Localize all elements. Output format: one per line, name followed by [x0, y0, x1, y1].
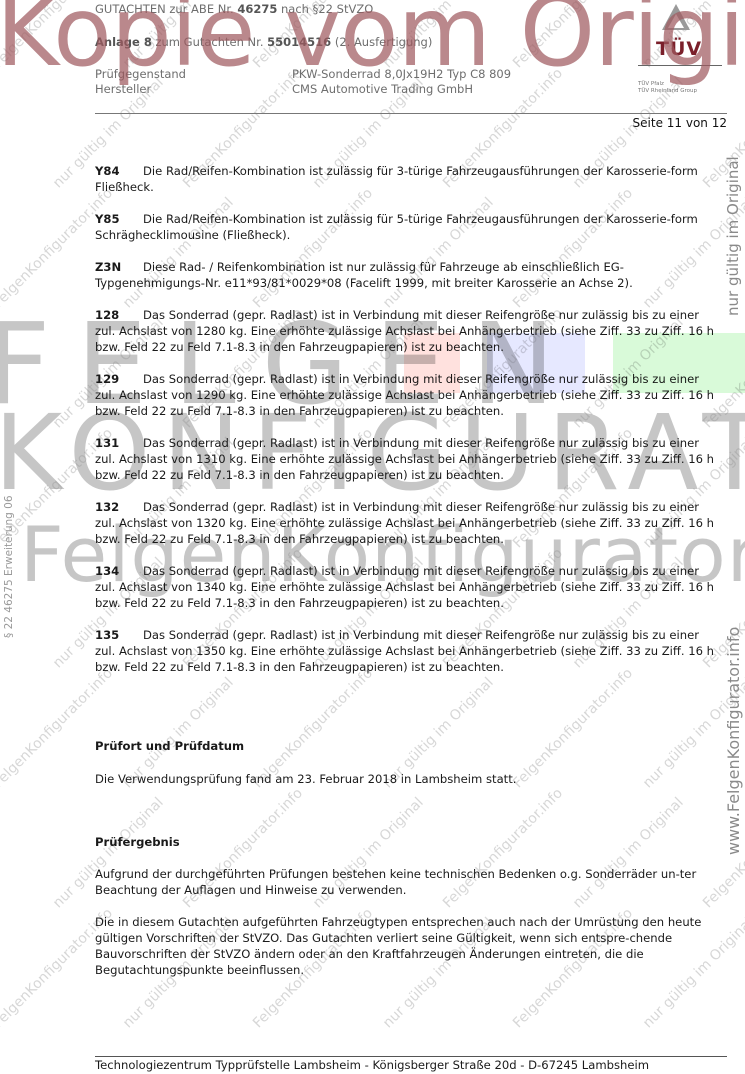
abe-number: 46275 — [237, 2, 277, 16]
condition-item: Y85Die Rad/Reifen-Kombination ist zuläss… — [95, 211, 715, 243]
field-value-pruefgegenstand: PKW-Sonderrad 8,0Jx19H2 Typ C8 809 — [292, 67, 511, 81]
report-title-prefix: GUTACHTEN zur ABE Nr. — [95, 2, 237, 16]
condition-text: Das Sonderrad (gepr. Radlast) ist in Ver… — [95, 564, 714, 610]
condition-item: 131Das Sonderrad (gepr. Radlast) ist in … — [95, 435, 715, 483]
logo-divider — [638, 65, 722, 66]
annex-label: Anlage 8 — [95, 35, 152, 49]
annex-middle: zum Gutachten Nr. — [152, 35, 267, 49]
pruefort-text: Die Verwendungsprüfung fand am 23. Febru… — [95, 771, 720, 787]
field-value-hersteller: CMS Automotive Trading GmbH — [292, 82, 473, 96]
condition-item: 132Das Sonderrad (gepr. Radlast) ist in … — [95, 499, 715, 547]
watermark-side-right-top: nur gültig im Original — [724, 156, 742, 316]
pruefergebnis-para1: Aufgrund der durchgeführten Prüfungen be… — [95, 866, 720, 898]
condition-text: Die Rad/Reifen-Kombination ist zulässig … — [95, 164, 698, 194]
logo-word: TÜV — [656, 38, 702, 60]
annex-line: Anlage 8 zum Gutachten Nr. 55014516 (2. … — [95, 35, 432, 49]
watermark-side-right-bottom: www.FelgenKonfigurator.info — [724, 627, 743, 855]
pruefergebnis-heading: Prüfergebnis — [95, 835, 180, 849]
header-divider — [95, 113, 727, 114]
condition-code: Y85 — [95, 211, 143, 227]
condition-text: Das Sonderrad (gepr. Radlast) ist in Ver… — [95, 500, 714, 546]
pruefort-heading: Prüfort und Prüfdatum — [95, 739, 244, 753]
condition-text: Das Sonderrad (gepr. Radlast) ist in Ver… — [95, 308, 714, 354]
condition-code: 129 — [95, 371, 143, 387]
condition-item: 128Das Sonderrad (gepr. Radlast) ist in … — [95, 307, 715, 355]
condition-code: 134 — [95, 563, 143, 579]
condition-item: Y84Die Rad/Reifen-Kombination ist zuläss… — [95, 163, 715, 195]
watermark-diagonal: FelgenKonfigurator.info — [510, 0, 636, 71]
condition-code: 131 — [95, 435, 143, 451]
gutachten-number: 55014516 — [267, 35, 331, 49]
footer-address: Technologiezentrum Typprüfstelle Lambshe… — [95, 1058, 649, 1072]
condition-code: 128 — [95, 307, 143, 323]
condition-item: 135Das Sonderrad (gepr. Radlast) ist in … — [95, 627, 715, 675]
watermark-diagonal: FelgenKonfigurator.info — [250, 185, 376, 311]
condition-item: Z3NDiese Rad- / Reifenkombination ist nu… — [95, 259, 715, 291]
watermark-diagonal: FelgenKonfigurator.info — [0, 185, 116, 311]
condition-text: Das Sonderrad (gepr. Radlast) ist in Ver… — [95, 372, 714, 418]
condition-text: Diese Rad- / Reifenkombination ist nur z… — [95, 260, 633, 290]
annex-suffix: (2. Ausfertigung) — [331, 35, 432, 49]
triangle-inner — [668, 14, 684, 28]
condition-code: 135 — [95, 627, 143, 643]
watermark-side-left: § 22 46275 Erweiterung 06 — [3, 495, 15, 638]
watermark-diagonal: FelgenKonfigurator.info — [510, 185, 636, 311]
logo-sub2: TÜV Rheinland Group — [638, 88, 697, 95]
condition-item: 129Das Sonderrad (gepr. Radlast) ist in … — [95, 371, 715, 419]
condition-text: Die Rad/Reifen-Kombination ist zulässig … — [95, 212, 698, 242]
report-title-suffix: nach §22 StVZO — [277, 2, 373, 16]
page-indicator: Seite 11 von 12 — [633, 116, 727, 130]
report-title: GUTACHTEN zur ABE Nr. 46275 nach §22 StV… — [95, 2, 373, 16]
logo-sub1: TÜV Pfalz — [638, 81, 664, 88]
field-label-hersteller: Hersteller — [95, 82, 151, 96]
condition-code: 132 — [95, 499, 143, 515]
field-label-pruefgegenstand: Prüfgegenstand — [95, 67, 186, 81]
condition-item: 134Das Sonderrad (gepr. Radlast) ist in … — [95, 563, 715, 611]
footer-divider — [95, 1056, 727, 1057]
pruefergebnis-para2: Die in diesem Gutachten aufgeführten Fah… — [95, 914, 720, 978]
condition-text: Das Sonderrad (gepr. Radlast) ist in Ver… — [95, 628, 714, 674]
condition-code: Y84 — [95, 163, 143, 179]
condition-text: Das Sonderrad (gepr. Radlast) ist in Ver… — [95, 436, 714, 482]
tuv-logo: TÜV TÜV Pfalz TÜV Rheinland Group — [634, 2, 726, 92]
condition-code: Z3N — [95, 259, 143, 275]
